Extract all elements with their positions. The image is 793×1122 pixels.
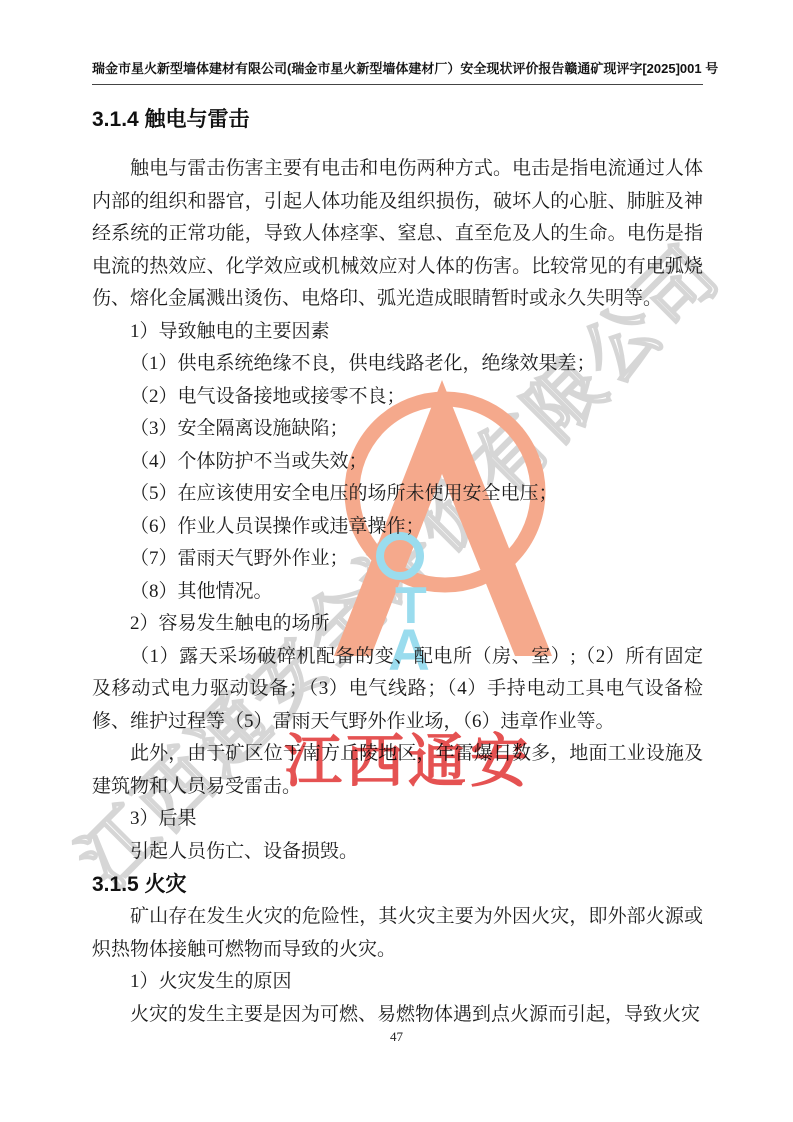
header-report-title: 瑞金市星火新型墙体建材有限公司(瑞金市星火新型墙体建材厂）安全现状评价报告	[92, 60, 564, 78]
paragraph: 矿山存在发生火灾的危险性，其火灾主要为外因火灾，即外部火源或炽热物体接触可燃物而…	[92, 901, 703, 966]
paragraph: （1）露天采场破碎机配备的变、配电所（房、室）;（2）所有固定及移动式电力驱动设…	[92, 641, 703, 739]
list-item: （2）电气设备接地或接零不良；	[92, 381, 703, 414]
section-heading-3-1-5: 3.1.5 火灾	[92, 868, 703, 901]
list-item: （4）个体防护不当或失效；	[92, 446, 703, 479]
paragraph: 引起人员伤亡、设备损毁。	[92, 836, 703, 869]
header-doc-number: 赣通矿现评字[2025]001 号	[564, 60, 718, 78]
list-item: （8）其他情况。	[92, 576, 703, 609]
paragraph: 触电与雷击伤害主要有电击和电伤两种方式。电击是指电流通过人体内部的组织和器官，引…	[92, 153, 703, 316]
list-title: 1）导致触电的主要因素	[92, 316, 703, 349]
list-item: （6）作业人员误操作或违章操作；	[92, 511, 703, 544]
document-page: 江西通安全评价有限公司 T A 江西通安 瑞金市星火新型墙体建材有限公司(瑞金市…	[0, 0, 793, 1122]
section-heading-3-1-4: 3.1.4 触电与雷击	[92, 103, 703, 153]
list-item: （1）供电系统绝缘不良，供电线路老化，绝缘效果差；	[92, 348, 703, 381]
page-header: 瑞金市星火新型墙体建材有限公司(瑞金市星火新型墙体建材厂）安全现状评价报告 赣通…	[92, 60, 703, 85]
list-title: 2）容易发生触电的场所	[92, 608, 703, 641]
paragraph: 此外，由于矿区位于南方丘陵地区，年雷爆日数多，地面工业设施及建筑物和人员易受雷击…	[92, 738, 703, 803]
paragraph: 火灾的发生主要是因为可燃、易燃物体遇到点火源而引起，导致火灾	[92, 999, 703, 1032]
page-content: 瑞金市星火新型墙体建材有限公司(瑞金市星火新型墙体建材厂）安全现状评价报告 赣通…	[0, 0, 793, 1031]
list-item: （7）雷雨天气野外作业；	[92, 543, 703, 576]
list-item: （5）在应该使用安全电压的场所未使用安全电压；	[92, 478, 703, 511]
page-number: 47	[0, 1029, 793, 1045]
list-title: 3）后果	[92, 803, 703, 836]
list-title: 1）火灾发生的原因	[92, 966, 703, 999]
list-item: （3）安全隔离设施缺陷；	[92, 413, 703, 446]
